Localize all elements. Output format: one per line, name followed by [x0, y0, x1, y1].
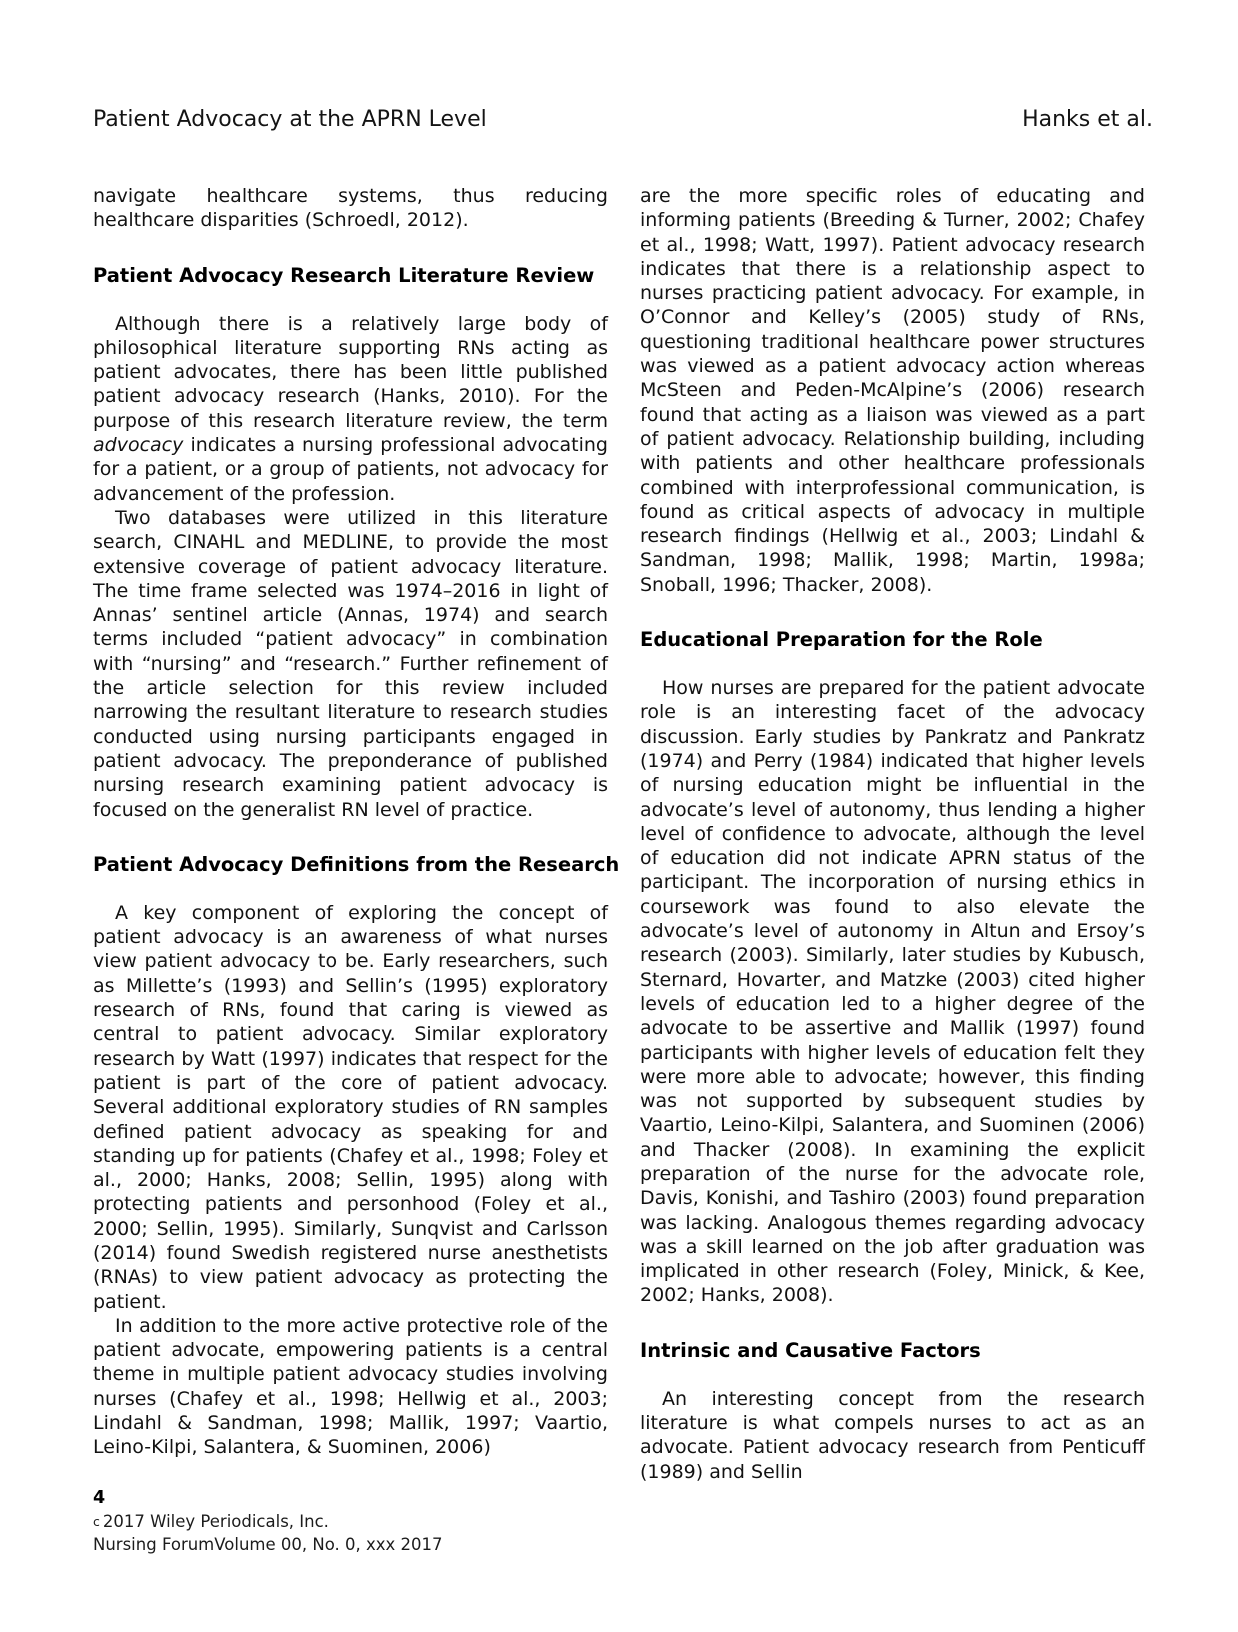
- copyright-line: c2017 Wiley Periodicals, Inc.: [93, 1510, 443, 1533]
- article-body: navigate healthcare systems, thus reduci…: [93, 184, 1145, 1484]
- right-column: are the more specific roles of educating…: [640, 184, 1145, 1484]
- copyright-symbol: c: [93, 1514, 100, 1529]
- running-header: Patient Advocacy at the APRN Level Hanks…: [93, 106, 1153, 134]
- section-heading-definitions: Patient Advocacy Definitions from the Re…: [93, 852, 608, 877]
- paragraph: are the more specific roles of educating…: [640, 184, 1145, 597]
- left-column: navigate healthcare systems, thus reduci…: [93, 184, 608, 1484]
- page-footer: 4 c2017 Wiley Periodicals, Inc. Nursing …: [93, 1487, 443, 1556]
- paragraph-text: Although there is a relatively large bod…: [93, 313, 608, 432]
- paragraph: A key component of exploring the concept…: [93, 901, 608, 1314]
- journal-page: Patient Advocacy at the APRN Level Hanks…: [0, 0, 1238, 1632]
- paragraph: How nurses are prepared for the patient …: [640, 676, 1145, 1308]
- page-title: Patient Advocacy at the APRN Level: [93, 106, 487, 134]
- paragraph: An interesting concept from the research…: [640, 1387, 1145, 1484]
- volume-text: Volume 00, No. 0, xxx 2017: [214, 1535, 442, 1554]
- section-heading-intrinsic-factors: Intrinsic and Causative Factors: [640, 1338, 1145, 1363]
- paragraph: In addition to the more active protectiv…: [93, 1314, 608, 1460]
- paragraph: navigate healthcare systems, thus reduci…: [93, 184, 608, 233]
- section-heading-educational-preparation: Educational Preparation for the Role: [640, 627, 1145, 652]
- italic-term: advocacy: [93, 434, 183, 456]
- journal-line: Nursing ForumVolume 00, No. 0, xxx 2017: [93, 1533, 443, 1556]
- page-number: 4: [93, 1487, 443, 1510]
- paragraph: Although there is a relatively large bod…: [93, 312, 608, 506]
- copyright-text: 2017 Wiley Periodicals, Inc.: [103, 1512, 329, 1531]
- section-heading-literature-review: Patient Advocacy Research Literature Rev…: [93, 263, 608, 288]
- journal-name: Nursing Forum: [93, 1535, 214, 1554]
- authors-label: Hanks et al.: [1022, 106, 1153, 134]
- paragraph: Two databases were utilized in this lite…: [93, 506, 608, 822]
